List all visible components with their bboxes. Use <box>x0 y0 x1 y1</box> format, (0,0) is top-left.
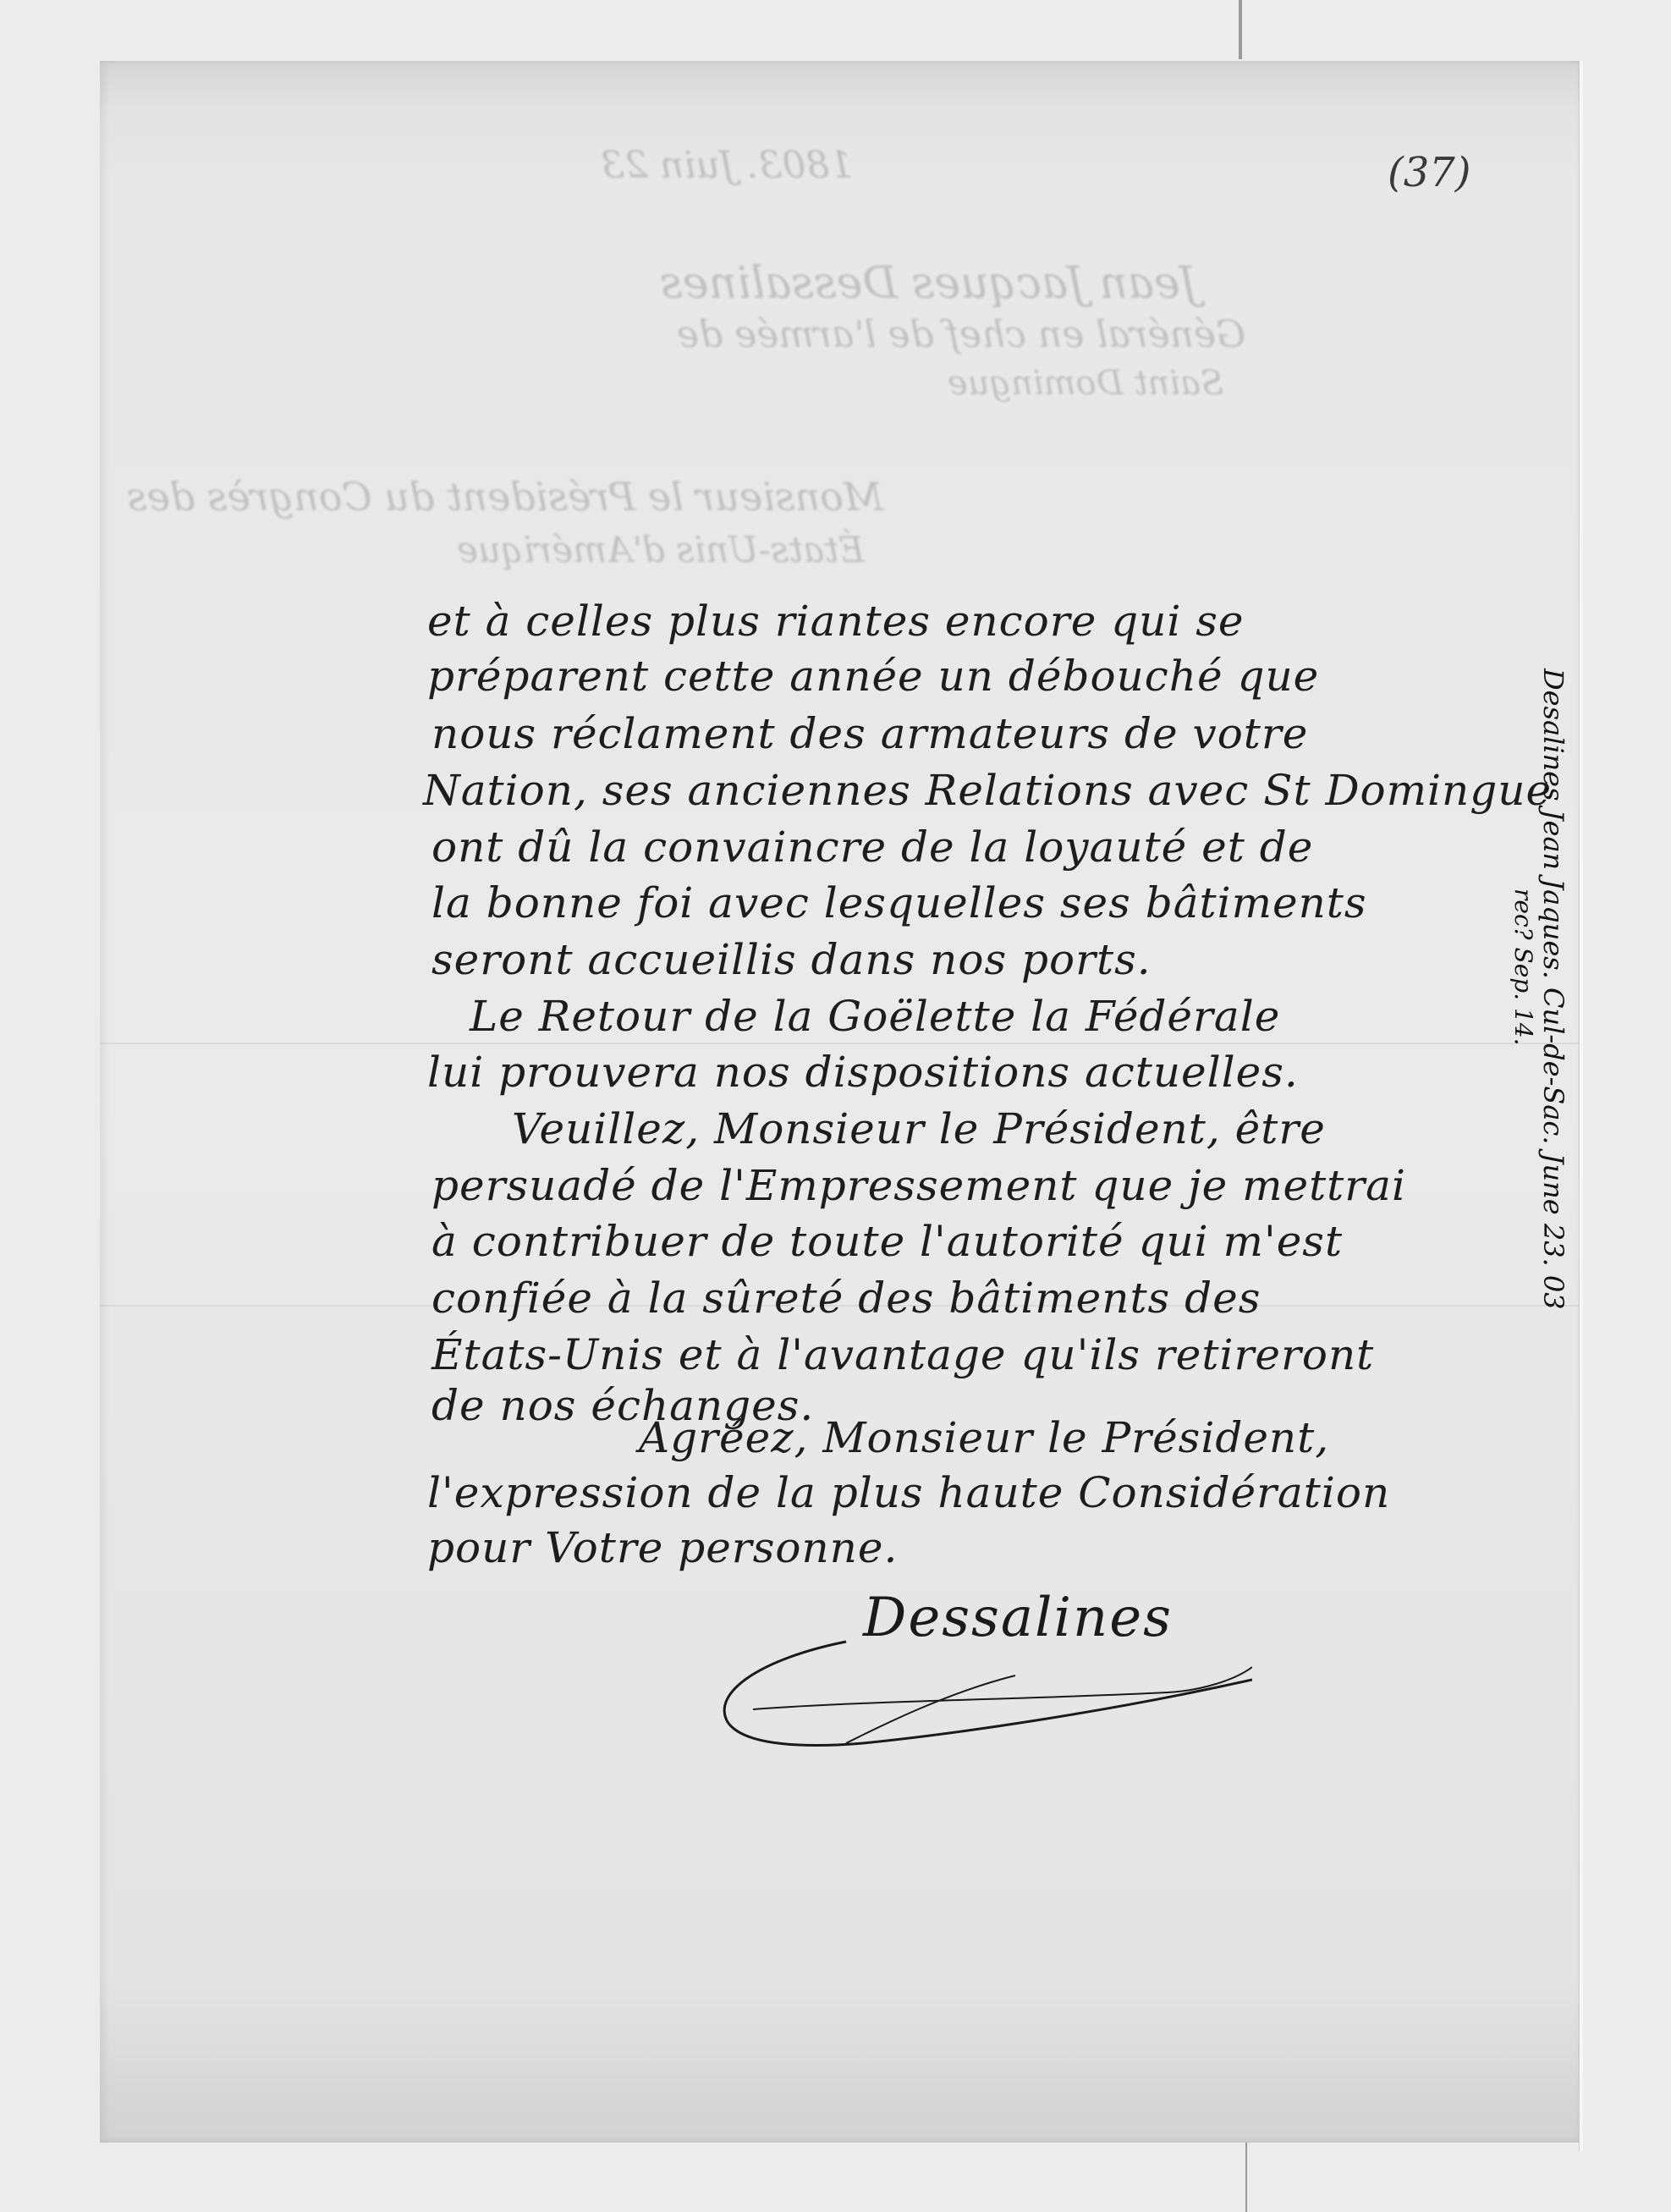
body-line: confiée à la sûreté des bâtiments des <box>431 1274 1261 1323</box>
page-edge <box>1579 61 1583 2151</box>
fold-line <box>100 1043 1582 1044</box>
body-line: Le Retour de la Goëlette la Fédérale <box>470 992 1280 1041</box>
mount-tab <box>1239 0 1242 59</box>
body-line: Nation, ses anciennes Relations avec St … <box>423 766 1552 815</box>
bleed-header-line: Général en chef de l'armée de <box>677 313 1245 356</box>
body-line: lui prouvera nos dispositions actuelles. <box>427 1048 1299 1097</box>
annotation-line: rec? Sep. 14. <box>1509 889 1537 1310</box>
body-line: Agréez, Monsieur le Président, <box>639 1413 1329 1462</box>
bleed-header-line: Jean Jacques Dessalines <box>660 258 1197 309</box>
bleed-date: 1803. Juin 23 <box>601 144 853 187</box>
manuscript-page <box>100 61 1582 2143</box>
body-line: et à celles plus riantes encore qui se <box>427 597 1245 646</box>
body-line: préparent cette année un débouché que <box>427 652 1319 701</box>
folio-number: (37) <box>1388 149 1471 196</box>
bleed-header-line: États-Unis d'Amérique <box>457 529 865 570</box>
body-line: ont dû la convaincre de la loyauté et de <box>431 823 1313 872</box>
bleed-header-line: Monsieur le Président du Congrès des <box>127 474 883 520</box>
bleed-header-line: Saint Domingue <box>948 364 1223 403</box>
body-line: États-Unis et à l'avantage qu'ils retire… <box>431 1330 1374 1379</box>
mount-edge-line <box>1245 2141 1247 2212</box>
annotation-line: Desalines Jean Jaques. Cul-de-Sac. June … <box>1537 669 1569 1310</box>
signature: Dessalines <box>863 1587 1173 1649</box>
body-line: à contribuer de toute l'autorité qui m'e… <box>431 1217 1343 1266</box>
body-line: l'expression de la plus haute Considérat… <box>427 1468 1390 1517</box>
body-line: nous réclament des armateurs de votre <box>431 709 1308 758</box>
body-line: seront accueillis dans nos ports. <box>431 935 1152 984</box>
body-line: persuadé de l'Empressement que je mettra… <box>431 1161 1406 1210</box>
body-line: Veuillez, Monsieur le Président, être <box>512 1104 1326 1153</box>
body-line: la bonne foi avec lesquelles ses bâtimen… <box>431 878 1367 927</box>
margin-annotation: Desalines Jean Jaques. Cul-de-Sac. June … <box>1509 669 1569 1310</box>
